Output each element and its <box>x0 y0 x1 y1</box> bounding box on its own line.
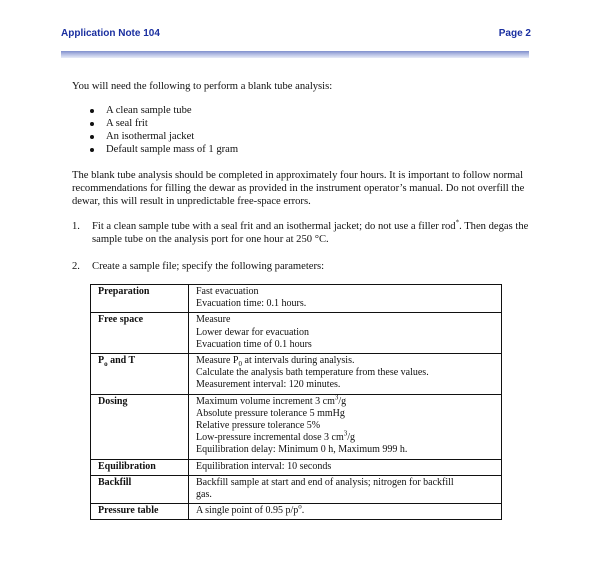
row-label: Equilibration <box>91 459 189 475</box>
row-label: Pressure table <box>91 504 189 520</box>
table-row: Dosing Maximum volume increment 3 cm3/g … <box>91 394 502 459</box>
header-rule <box>61 51 529 58</box>
requirements-list: A clean sample tube A seal frit An isoth… <box>90 104 238 156</box>
list-item: A seal frit <box>90 117 238 130</box>
row-value: Measure Lower dewar for evacuation Evacu… <box>189 313 502 354</box>
row-label: Po and T <box>91 354 189 395</box>
header-title: Application Note 104 <box>61 28 160 39</box>
step-text: Fit a clean sample tube with a seal frit… <box>92 220 542 246</box>
table-row: Free space Measure Lower dewar for evacu… <box>91 313 502 354</box>
table-row: Equilibration Equilibration interval: 10… <box>91 459 502 475</box>
intro-text: You will need the following to perform a… <box>72 80 332 93</box>
table-row: Preparation Fast evacuation Evacuation t… <box>91 285 502 313</box>
bullet-icon <box>90 148 94 152</box>
document-page: Application Note 104 Page 2 You will nee… <box>0 0 601 568</box>
row-value: A single point of 0.95 p/po. <box>189 504 502 520</box>
row-label: Free space <box>91 313 189 354</box>
list-item: Default sample mass of 1 gram <box>90 143 238 156</box>
list-item: An isothermal jacket <box>90 130 238 143</box>
table-row: Pressure table A single point of 0.95 p/… <box>91 504 502 520</box>
row-label: Backfill <box>91 475 189 503</box>
step-number: 2. <box>72 260 80 273</box>
instructions-paragraph: The blank tube analysis should be comple… <box>72 169 542 208</box>
row-value: Fast evacuation Evacuation time: 0.1 hou… <box>189 285 502 313</box>
row-label: Dosing <box>91 394 189 459</box>
step-text: Create a sample file; specify the follow… <box>92 260 542 273</box>
table-row: Po and T Measure P0 at intervals during … <box>91 354 502 395</box>
parameters-table: Preparation Fast evacuation Evacuation t… <box>90 284 502 520</box>
step-number: 1. <box>72 220 80 233</box>
bullet-icon <box>90 122 94 126</box>
list-item: A clean sample tube <box>90 104 238 117</box>
row-value: Maximum volume increment 3 cm3/g Absolut… <box>189 394 502 459</box>
row-value: Measure P0 at intervals during analysis.… <box>189 354 502 395</box>
bullet-icon <box>90 109 94 113</box>
header-page-number: Page 2 <box>499 28 531 39</box>
table-row: Backfill Backfill sample at start and en… <box>91 475 502 503</box>
bullet-icon <box>90 135 94 139</box>
row-label: Preparation <box>91 285 189 313</box>
row-value: Equilibration interval: 10 seconds <box>189 459 502 475</box>
row-value: Backfill sample at start and end of anal… <box>189 475 502 503</box>
